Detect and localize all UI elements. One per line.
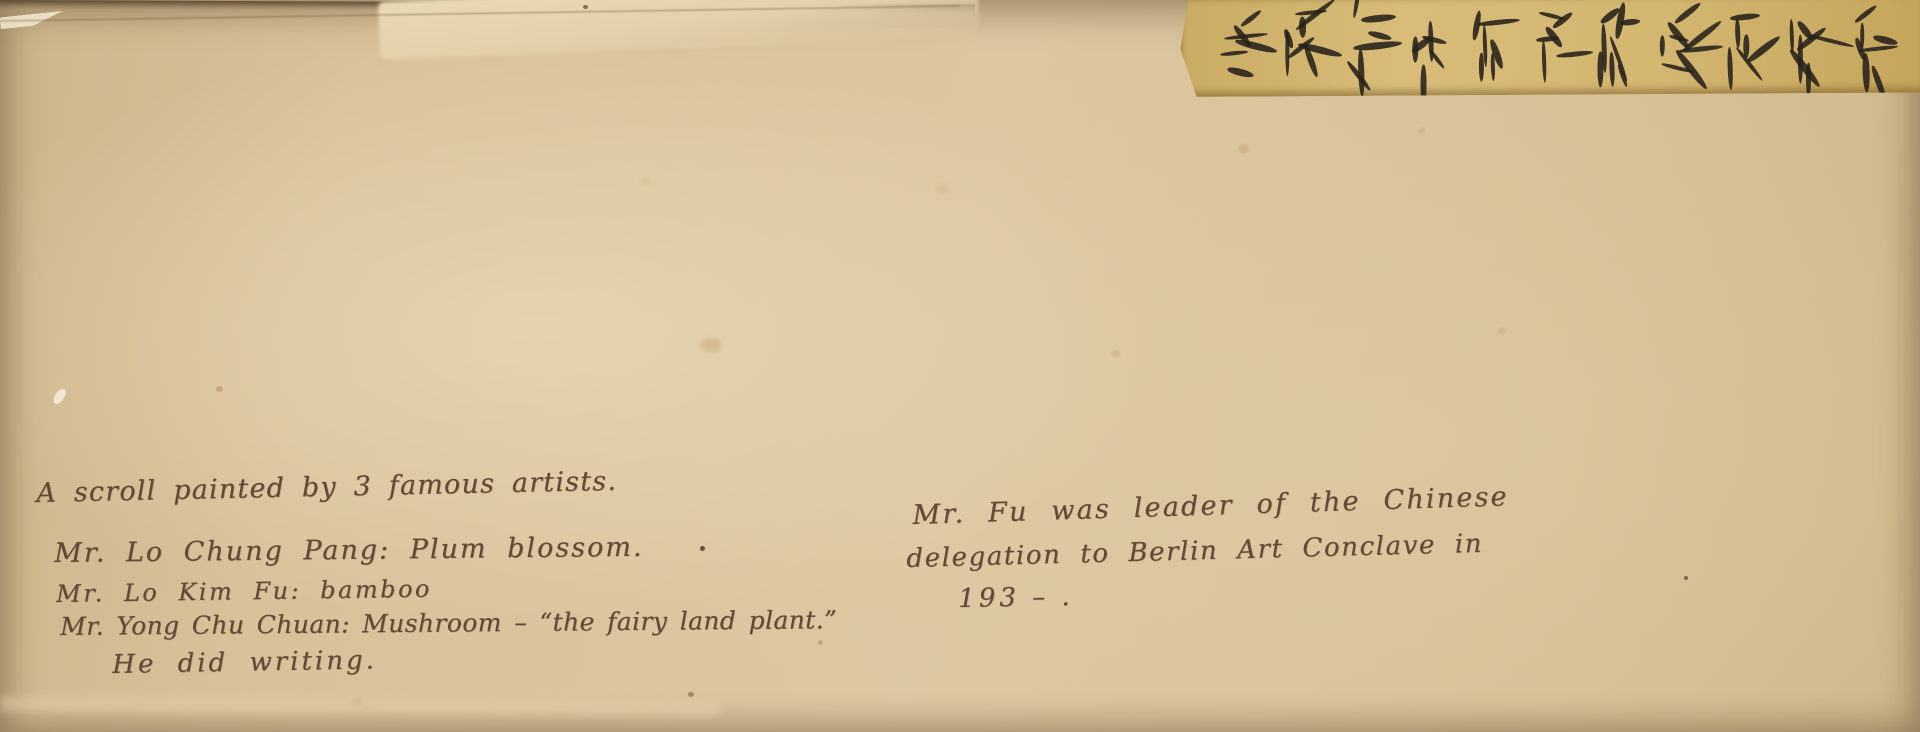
brush-stroke xyxy=(1227,66,1255,79)
brush-stroke xyxy=(1660,36,1665,57)
stain xyxy=(818,640,823,645)
brush-stroke xyxy=(1541,41,1547,83)
brush-stroke xyxy=(1368,30,1393,41)
brush-stroke xyxy=(1673,1,1702,26)
brush-stroke xyxy=(1220,50,1248,57)
stain xyxy=(1498,328,1505,334)
stain xyxy=(700,338,722,352)
brush-stroke xyxy=(1854,4,1878,25)
brush-stroke xyxy=(1870,65,1889,103)
brush-stroke xyxy=(1609,52,1615,87)
stain xyxy=(583,5,588,9)
brush-stroke xyxy=(1556,50,1593,59)
brush-stroke xyxy=(1479,53,1484,82)
calligraphy-character xyxy=(1596,8,1650,76)
brush-stroke xyxy=(1730,12,1760,21)
calligraphy-character xyxy=(1659,8,1713,76)
brush-stroke xyxy=(1551,10,1574,30)
stain xyxy=(1418,128,1425,134)
stain xyxy=(700,546,705,551)
brush-stroke xyxy=(1352,0,1362,18)
brush-stroke xyxy=(1240,9,1263,28)
note-line: He did writing. xyxy=(112,645,377,680)
calligraphy-character xyxy=(1470,9,1524,77)
brush-stroke xyxy=(1735,19,1741,48)
calligraphy-label xyxy=(1180,0,1920,97)
calligraphy-character xyxy=(1407,9,1461,77)
brush-stroke xyxy=(1788,48,1823,89)
note-line: Mr. Fu was leader of the Chinese xyxy=(912,481,1509,531)
stain xyxy=(688,692,694,697)
brush-stroke xyxy=(1872,34,1898,47)
calligraphy-character xyxy=(1785,7,1839,75)
note-line: Mr. Lo Chung Pang: Plum blossom. xyxy=(54,532,644,569)
note-line: Mr. Lo Kim Fu: bamboo xyxy=(56,575,432,608)
stain xyxy=(1112,350,1120,357)
note-line: A scroll painted by 3 famous artists. xyxy=(36,466,617,509)
note-line: delegation to Berlin Art Conclave in xyxy=(906,529,1483,574)
brush-stroke xyxy=(1806,63,1811,98)
stain xyxy=(352,698,363,706)
calligraphy-character xyxy=(1281,10,1335,78)
stain xyxy=(216,386,223,392)
note-line: 193 – . xyxy=(958,582,1074,614)
stain xyxy=(936,184,949,194)
calligraphy-character xyxy=(1848,7,1902,75)
brush-stroke xyxy=(1420,64,1426,106)
calligraphy-character xyxy=(1344,10,1398,78)
stain xyxy=(52,387,68,406)
brush-stroke xyxy=(1745,34,1781,65)
album-page: A scroll painted by 3 famous artists. Mr… xyxy=(0,0,1920,732)
brush-stroke xyxy=(1361,13,1397,24)
brush-stroke xyxy=(1428,21,1435,62)
calligraphy-character xyxy=(1218,10,1272,78)
brush-stroke xyxy=(1727,47,1734,90)
stain xyxy=(1238,144,1249,153)
stain xyxy=(640,178,649,185)
calligraphy-character xyxy=(1722,7,1776,75)
brush-stroke xyxy=(1597,51,1603,87)
calligraphy-character xyxy=(1533,9,1587,77)
brush-stroke xyxy=(1789,19,1794,53)
stain xyxy=(1684,576,1688,580)
brush-stroke xyxy=(1282,28,1295,49)
note-line: Mr. Yong Chu Chuan: Mushroom – “the fair… xyxy=(60,605,837,641)
